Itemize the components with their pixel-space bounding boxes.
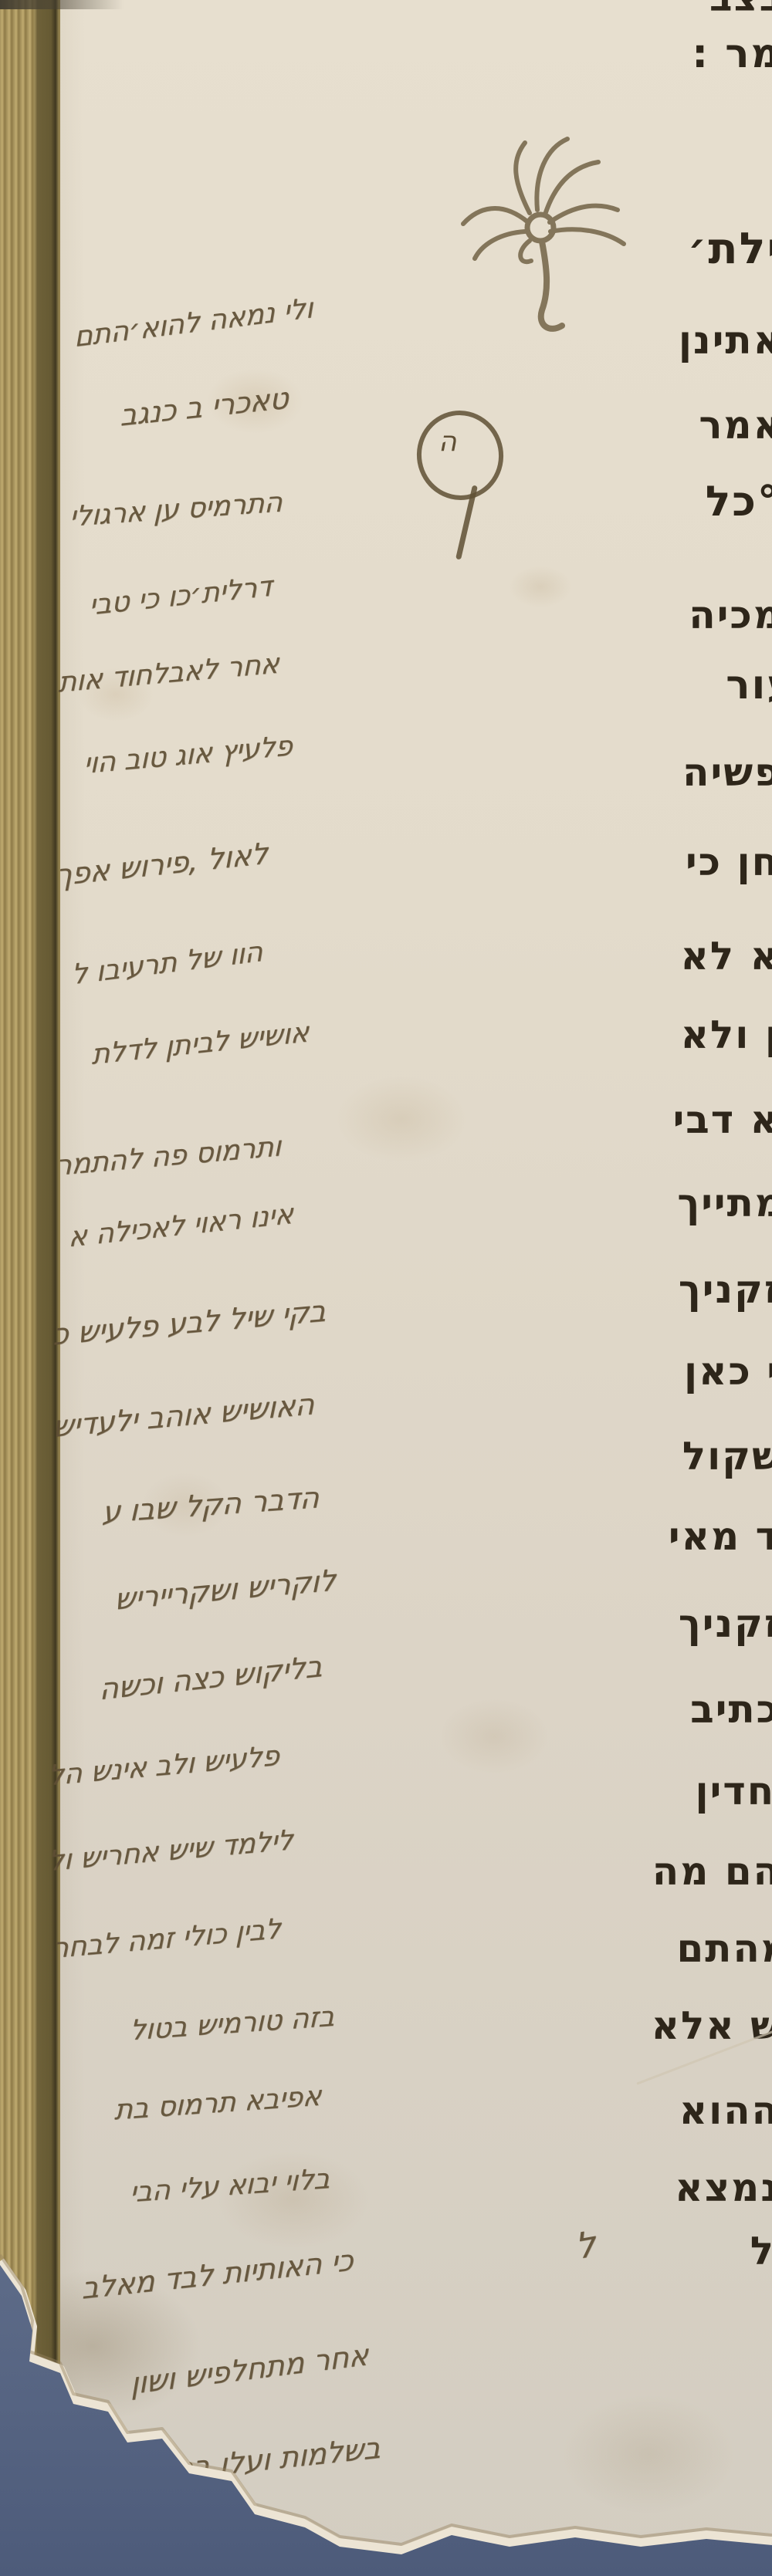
- manuscript-page-photo: בצבאמר :ילת׳אתינןאמר°כלמכיהעורפשיהחן כיא…: [0, 0, 772, 2576]
- torn-page-edge: [0, 0, 772, 2576]
